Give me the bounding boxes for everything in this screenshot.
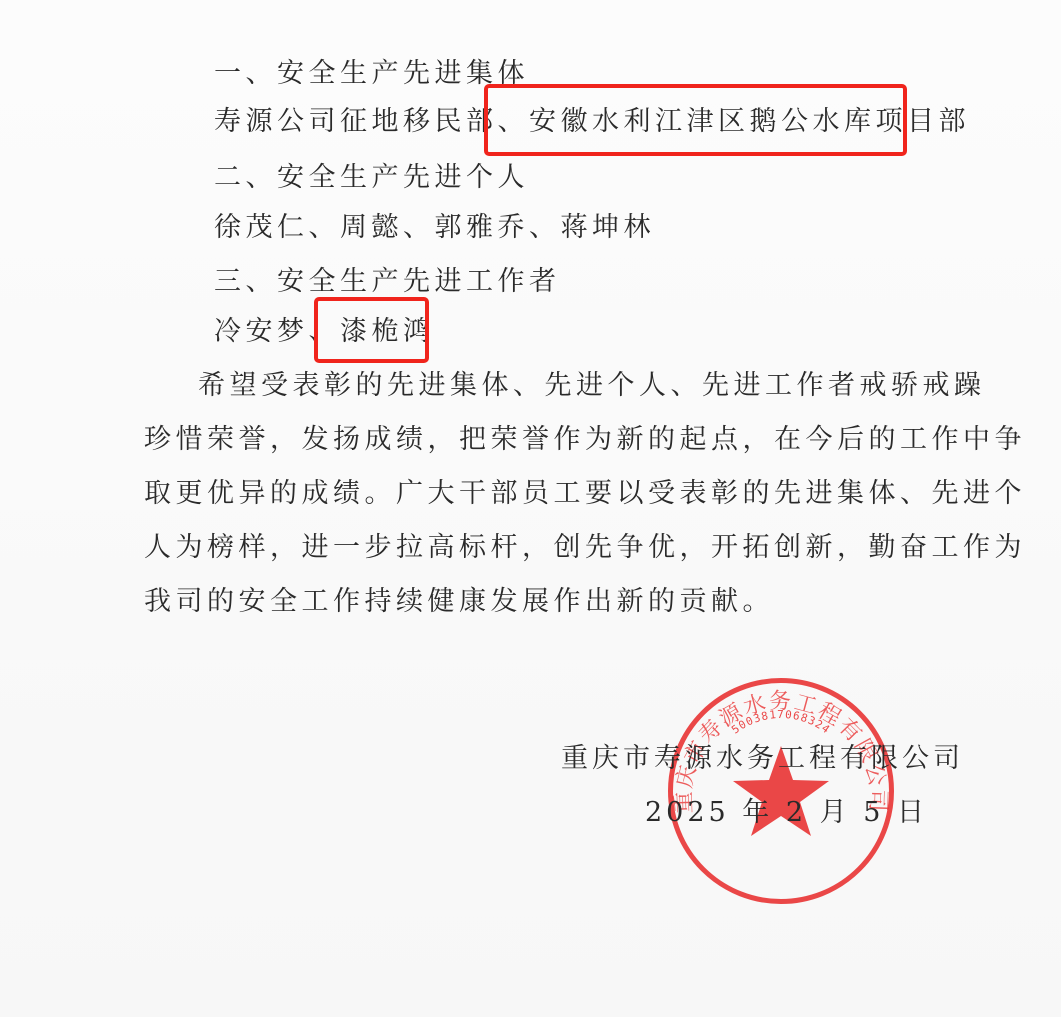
section-2-heading: 二、安全生产先进个人 (214, 160, 529, 196)
highlight-box-worker-name (314, 297, 429, 363)
document-page: 一、安全生产先进集体 寿源公司征地移民部、安徽水利江津区鹅公水库项目部 二、安全… (0, 0, 1061, 1017)
signature-company: 重庆市寿源水务工程有限公司 (561, 736, 964, 775)
paragraph-line-1: 希望受表彰的先进集体、先进个人、先进工作者戒骄戒躁 (198, 368, 986, 404)
section-3-heading: 三、安全生产先进工作者 (214, 264, 561, 300)
highlight-box-project-dept (484, 84, 907, 156)
paragraph-line-5: 我司的安全工作持续健康发展作出新的贡献。 (144, 584, 774, 620)
section-2-content: 徐茂仁、周懿、郭雅乔、蒋坤林 (214, 210, 655, 246)
paragraph-line-2: 珍惜荣誉，发扬成绩，把荣誉作为新的起点，在今后的工作中争 (144, 422, 1026, 458)
section-1-content-prefix: 寿源公司征地移民部、 (214, 106, 529, 137)
section-1-heading: 一、安全生产先进集体 (214, 56, 529, 92)
paragraph-line-4: 人为榜样，进一步拉高标杆，创先争优，开拓创新，勤奋工作为 (144, 530, 1026, 566)
paragraph-line-3: 取更优异的成绩。广大干部员工要以受表彰的先进集体、先进个 (144, 476, 1026, 512)
signature-date: 2025 年 2 月 5 日 (645, 790, 928, 829)
